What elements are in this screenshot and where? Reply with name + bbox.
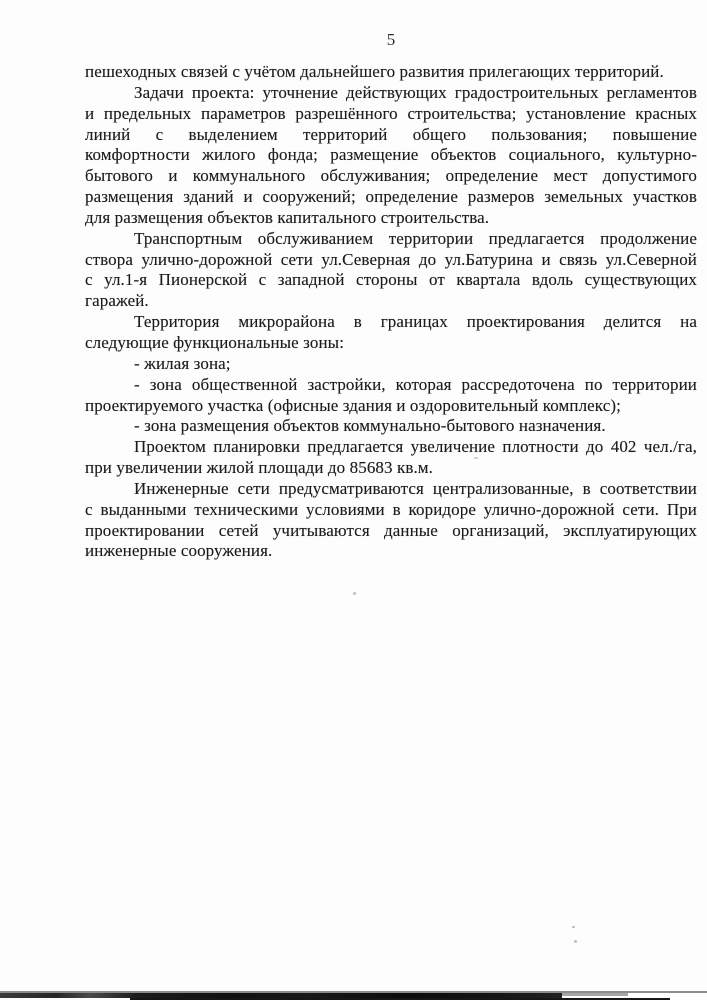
list-item-line: - зона размещения объектов коммунально-б… [85,416,697,437]
text-line: с ул.1-я Пионерской с западной стороны о… [85,270,697,291]
text-line: пешеходных связей с учётом дальнейшего р… [85,62,697,83]
text-line: при увеличении жилой площади до 85683 кв… [85,458,697,479]
text-line: следующие функциональные зоны: [85,333,697,354]
scan-speck [572,926,575,928]
text-line: линий с выделением территорий общего пол… [85,125,697,146]
body-text: пешеходных связей с учётом дальнейшего р… [85,62,697,562]
list-item-line: - зона общественной застройки, которая р… [85,375,697,396]
text-line: Проектом планировки предлагается увеличе… [85,437,697,458]
text-line: проектировании сетей учитываются данные … [85,521,697,542]
scan-speck [474,457,478,459]
text-line: Территория микрорайона в границах проект… [85,312,697,333]
scan-artifact-band [0,990,707,1000]
page-number: 5 [85,30,697,50]
text-line: размещения зданий и сооружений; определе… [85,187,697,208]
text-line: Задачи проекта: уточнение действующих гр… [85,83,697,104]
text-line: для размещения объектов капитального стр… [85,208,697,229]
text-line: с выданными техническими условиями в кор… [85,500,697,521]
list-item-line: проектируемого участка (офисные здания и… [85,396,697,417]
text-line: Транспортным обслуживанием территории пр… [85,229,697,250]
scan-speck [574,940,577,943]
text-line: бытового и коммунального обслуживания; о… [85,166,697,187]
scan-speck [353,592,356,595]
text-line: створа улично-дорожной сети ул.Северная … [85,250,697,271]
text-line: комфортности жилого фонда; размещение об… [85,145,697,166]
text-line: инженерные сооружения. [85,541,697,562]
scan-artifact-smudge [562,993,628,996]
list-item-line: - жилая зона; [85,354,697,375]
text-line: Инженерные сети предусматриваются центра… [85,479,697,500]
document-page: 5 пешеходных связей с учётом дальнейшего… [0,0,707,1000]
text-line: и предельных параметров разрешённого стр… [85,104,697,125]
text-line: гаражей. [85,291,697,312]
